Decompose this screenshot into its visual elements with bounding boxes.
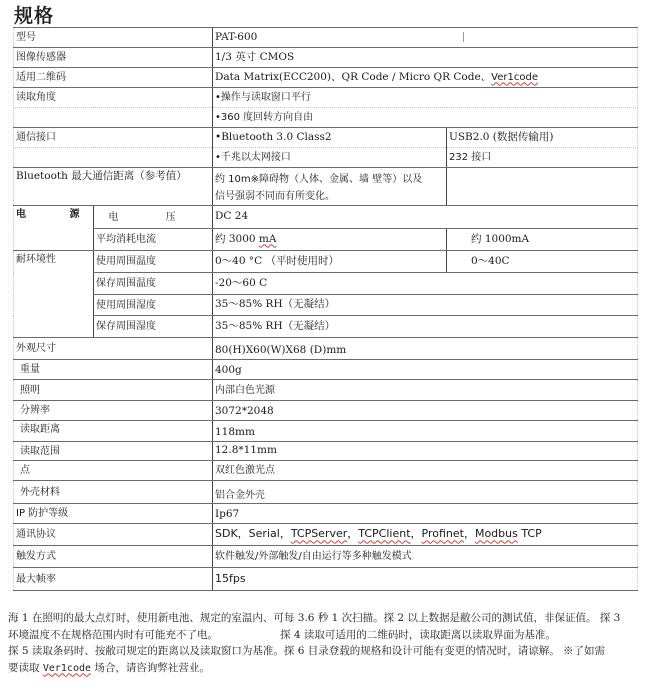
row-protocols: 通讯协议 SDK，Serial，TCPServer，TCPClient，Prof… [14, 524, 638, 546]
power-current-value: 约 3000 mA [213, 229, 447, 251]
protocol-sdk: SDK [215, 527, 238, 540]
lighting-label: 照明 [14, 380, 213, 401]
bluetooth-range-line2: 信号强弱不同而有所变化。 [215, 188, 444, 205]
sensor-value: 1/3 英寸 CMOS [213, 48, 638, 68]
row-env-1: 耐环境性 使用周围温度 0～40 °C （平时使用时） 0～40C [14, 251, 638, 273]
text-cursor [463, 32, 464, 42]
row-read-range: 读取范围 12.8*11mm [14, 442, 638, 461]
row-dimensions: 外观尺寸 80(H)X60(W)X68 (D)mm [14, 338, 638, 360]
angle-line2: •360 度回转方向自由 [213, 108, 638, 128]
dimensions-value: 80(H)X60(W)X68 (D)mm [213, 338, 638, 360]
env-use-humidity-label: 使用周围湿度 [94, 295, 213, 316]
ip-label: IP 防护等级 [14, 504, 213, 524]
row-trigger: 触发方式 软件触发/外部触发/自由运行等多种触发模式 [14, 546, 638, 568]
note-line-3: 探 5 读取条码时、按敝司规定的距离以及读取窗口为基准。探 6 目录登载的规格和… [8, 643, 642, 660]
row-power-current: 平均消耗电流 约 3000 mA 约 1000mA [14, 229, 638, 251]
row-angle-2: •360 度回转方向自由 [14, 108, 638, 128]
environment-label: 耐环境性 [14, 251, 94, 338]
codes-label: 适用二维码 [14, 68, 213, 88]
framerate-label: 最大帧率 [14, 568, 213, 591]
note-2a: 环境温度不在规格范围内时有可能充不了电。 [8, 629, 218, 641]
note-line-1: 海 1 在照明的最大点灯时，使用新电池、规定的室温内、可每 3.6 秒 1 次扫… [8, 610, 642, 627]
env-store-humidity-label: 保存周围湿度 [94, 316, 213, 338]
row-env-3: 使用周围湿度 35～85% RH（无凝结） [14, 295, 638, 316]
row-resolution: 分辨率 3072*2048 [14, 401, 638, 421]
row-housing: 外壳材料 铝合金外壳 [14, 481, 638, 504]
interface-label: 通信接口 [14, 128, 213, 148]
read-distance-label: 读取距离 [14, 421, 213, 442]
row-env-2: 保存周围温度 -20～60 C [14, 273, 638, 295]
housing-label: 外壳材料 [14, 481, 213, 504]
interface-usb: USB2.0 (数据传输用) [447, 128, 638, 148]
sep: ， [347, 527, 358, 540]
interface-ethernet: •千兆以太网接口 [213, 148, 447, 168]
power-current-number: 约 3000 [215, 233, 259, 245]
housing-value: 铝合金外壳 [213, 481, 638, 504]
pointer-value: 双红色激光点 [213, 461, 638, 481]
bluetooth-range-value: 约 10m※障碍物（人体、金属、墙 壁等）以及 信号强弱不同而有所变化。 [213, 168, 447, 206]
power-label: 电 源 [14, 206, 94, 251]
pointer-label: 点 [14, 461, 213, 481]
codes-ver1code: Ver1code [491, 72, 538, 83]
power-current-label: 平均消耗电流 [94, 229, 213, 251]
angle-label: 读取角度 [14, 88, 213, 108]
sep: ， [411, 527, 422, 540]
protocol-tcp: TCP [521, 527, 541, 540]
row-bluetooth-range: Bluetooth 最大通信距离（参考值） 约 10m※障碍物（人体、金属、墙 … [14, 168, 638, 206]
note-line-4: 要读取 Ver1code 场合，请咨询弊社营业。 [8, 660, 642, 678]
row-interface-1: 通信接口 •Bluetooth 3.0 Class2 USB2.0 (数据传输用… [14, 128, 638, 148]
env-use-temp-right: 0～40C [447, 251, 638, 273]
interface-232: 232 接口 [447, 148, 638, 168]
row-framerate: 最大帧率 15fps [14, 568, 638, 591]
protocol-tcpserver: TCPServer [291, 527, 347, 540]
row-sensor: 图像传感器 1/3 英寸 CMOS [14, 48, 638, 68]
sep: ， [280, 527, 291, 540]
page-title: 规格 [14, 1, 54, 28]
env-use-humidity-value: 35～85% RH（无凝结） [213, 295, 638, 316]
row-model: 型号 PAT-600 [14, 28, 638, 48]
dimensions-label: 外观尺寸 [14, 338, 213, 360]
row-ip: IP 防护等级 Ip67 [14, 504, 638, 524]
row-weight: 重量 400g [14, 360, 638, 380]
weight-value: 400g [213, 360, 638, 380]
env-use-temp-label: 使用周围温度 [94, 251, 213, 273]
power-voltage-value: DC 24 [213, 206, 638, 229]
weight-label: 重量 [14, 360, 213, 380]
angle-line1: •操作与读取窗口平行 [213, 88, 638, 108]
protocol-serial: Serial [249, 527, 280, 540]
codes-value-text: Data Matrix(ECC200)、QR Code / Micro QR C… [215, 71, 491, 83]
lighting-value: 内部白色光源 [213, 380, 638, 401]
read-distance-value: 118mm [213, 421, 638, 442]
power-current-value-right: 约 1000mA [447, 229, 638, 251]
note-4-ver1code: Ver1code [43, 663, 91, 674]
note-line-2: 环境温度不在规格范围内时有可能充不了电。探 4 读取可适用的二维码时，读取距离以… [8, 627, 642, 644]
ip-value: Ip67 [213, 504, 638, 524]
resolution-label: 分辨率 [14, 401, 213, 421]
angle-label-empty [14, 108, 213, 128]
protocol-modbus: Modbus [475, 527, 518, 540]
env-use-temp-value: 0～40 °C （平时使用时） [213, 251, 447, 273]
interface-bluetooth: •Bluetooth 3.0 Class2 [213, 128, 447, 148]
bluetooth-range-label: Bluetooth 最大通信距离（参考值） [14, 168, 213, 206]
bluetooth-range-line1: 约 10m※障碍物（人体、金属、墙 壁等）以及 [215, 171, 444, 188]
row-read-distance: 读取距离 118mm [14, 421, 638, 442]
read-range-label: 读取范围 [14, 442, 213, 461]
protocol-profinet: Profinet [422, 527, 464, 540]
power-label-text: 电 源 [16, 209, 94, 220]
row-angle-1: 读取角度 •操作与读取窗口平行 [14, 88, 638, 108]
codes-value: Data Matrix(ECC200)、QR Code / Micro QR C… [213, 68, 638, 88]
model-value-text: PAT-600 [215, 31, 257, 43]
bluetooth-range-empty [447, 168, 638, 206]
power-voltage-label: 电 压 [94, 206, 213, 229]
trigger-value: 软件触发/外部触发/自由运行等多种触发模式 [213, 546, 638, 568]
row-power-voltage: 电 源 电 压 DC 24 [14, 206, 638, 229]
note-4-suffix: 场合，请咨询弊社营业。 [91, 662, 210, 674]
framerate-value: 15fps [213, 568, 638, 591]
protocol-tcpclient: TCPClient [358, 527, 410, 540]
model-label: 型号 [14, 28, 213, 48]
protocols-label: 通讯协议 [14, 524, 213, 546]
footnotes: 海 1 在照明的最大点灯时，使用新电池、规定的室温内、可每 3.6 秒 1 次扫… [8, 610, 642, 677]
model-value: PAT-600 [213, 28, 638, 48]
row-interface-2: •千兆以太网接口 232 接口 [14, 148, 638, 168]
row-pointer: 点 双红色激光点 [14, 461, 638, 481]
note-4-prefix: 要读取 [8, 662, 43, 674]
row-codes: 适用二维码 Data Matrix(ECC200)、QR Code / Micr… [14, 68, 638, 88]
env-store-temp-label: 保存周围温度 [94, 273, 213, 295]
env-store-temp-value: -20～60 C [213, 273, 638, 295]
sensor-label: 图像传感器 [14, 48, 213, 68]
interface-label-empty [14, 148, 213, 168]
row-lighting: 照明 内部白色光源 [14, 380, 638, 401]
read-range-value: 12.8*11mm [213, 442, 638, 461]
resolution-value: 3072*2048 [213, 401, 638, 421]
row-env-4: 保存周围湿度 35～85% RH（无凝结） [14, 316, 638, 338]
trigger-label: 触发方式 [14, 546, 213, 568]
power-current-unit: mA [259, 233, 277, 245]
sep: ， [464, 527, 475, 540]
note-2b: 探 4 读取可适用的二维码时，读取距离以读取界面为基准。 [280, 629, 556, 641]
env-store-humidity-value: 35～85% RH（无凝结） [213, 316, 638, 338]
protocols-value: SDK，Serial，TCPServer，TCPClient，Profinet，… [213, 524, 638, 546]
sep: ， [238, 527, 249, 540]
spec-table: 型号 PAT-600 图像传感器 1/3 英寸 CMOS 适用二维码 Data … [13, 27, 638, 591]
